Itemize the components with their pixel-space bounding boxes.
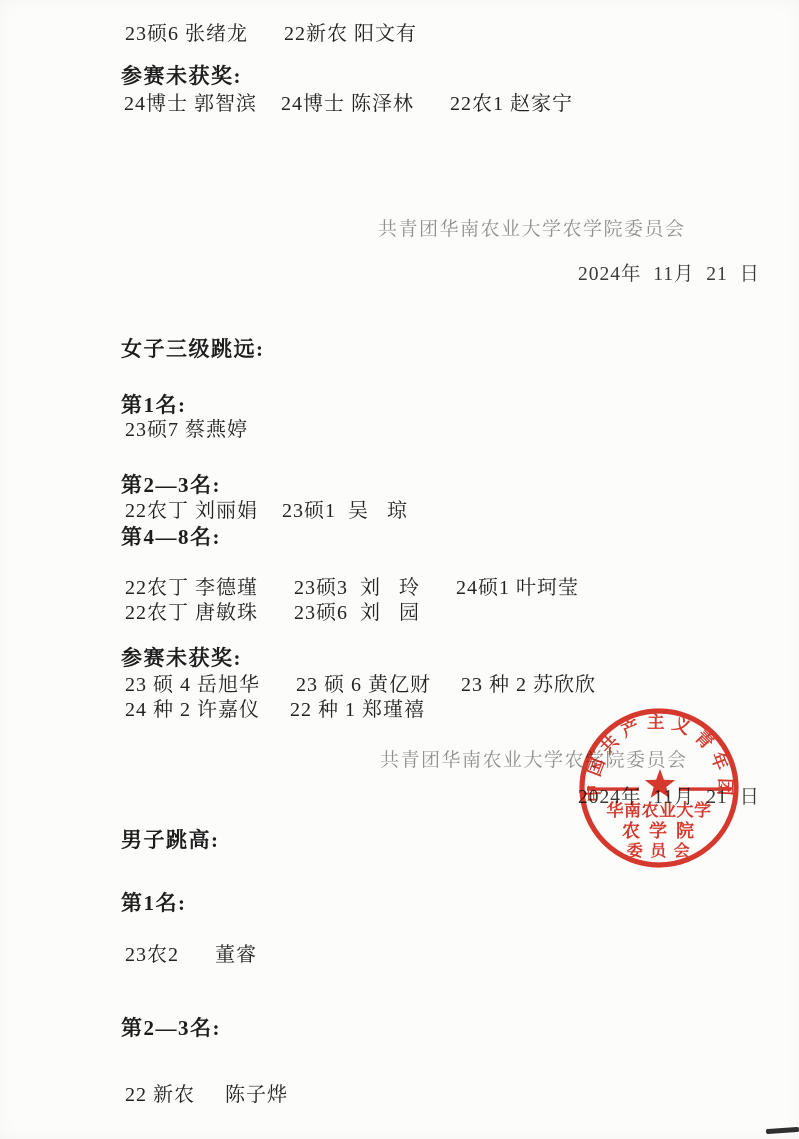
result-line: 22农丁 刘丽娟 23硕1 吴 琼	[125, 501, 408, 521]
scan-artifact-mark	[766, 1127, 799, 1134]
result-line: 22农丁 李德瑾 23硕3 刘 玲 24硕1 叶珂莹	[125, 578, 579, 598]
event-heading-womens-triple-jump: 女子三级跳远:	[121, 339, 265, 360]
stamp-right-bar	[679, 787, 731, 790]
stamp-committee-name: 委 员 会	[627, 841, 691, 860]
section-heading-no-award: 参赛未获奖:	[121, 66, 242, 87]
stamp-university-name: 华南农业大学	[607, 800, 712, 820]
result-line: 24 种 2 许嘉仪 22 种 1 郑瑾禧	[125, 700, 425, 720]
red-star-icon	[645, 769, 675, 798]
result-line: 22农丁 唐敏珠 23硕6 刘 园	[125, 603, 420, 623]
rank-heading-1st: 第1名:	[121, 893, 187, 914]
rank-heading-1st: 第1名:	[121, 395, 187, 416]
rank-heading-4-8: 第4—8名:	[121, 527, 221, 548]
result-line: 23硕6 张绪龙 22新农 阳文有	[125, 24, 417, 44]
stamp-college-name: 农 学 院	[622, 820, 696, 841]
result-line: 23 硕 4 岳旭华 23 硕 6 黄亿财 23 种 2 苏欣欣	[125, 675, 596, 695]
official-seal-stamp: 中国共产主义青年团 华南农业大学 农 学 院 委 员 会	[573, 702, 745, 874]
stamp-left-bar	[587, 787, 639, 790]
event-heading-mens-high-jump: 男子跳高:	[121, 830, 220, 851]
rank-heading-2-3: 第2—3名:	[121, 1018, 221, 1039]
result-line: 23硕7 蔡燕婷	[125, 420, 248, 440]
scanned-page: 23硕6 张绪龙 22新农 阳文有 参赛未获奖: 24博士 郭智滨 24博士 陈…	[0, 0, 799, 1139]
result-line: 23农2 董睿	[125, 945, 257, 965]
result-line: 24博士 郭智滨 24博士 陈泽林 22农1 赵家宁	[124, 94, 573, 114]
signature-date: 2024年 11月 21 日	[578, 265, 760, 285]
rank-heading-2-3: 第2—3名:	[121, 475, 221, 496]
result-line: 22 新农 陈子烨	[125, 1085, 288, 1105]
signature-committee: 共青团华南农业大学农学院委员会	[378, 220, 686, 239]
section-heading-no-award: 参赛未获奖:	[121, 648, 242, 669]
